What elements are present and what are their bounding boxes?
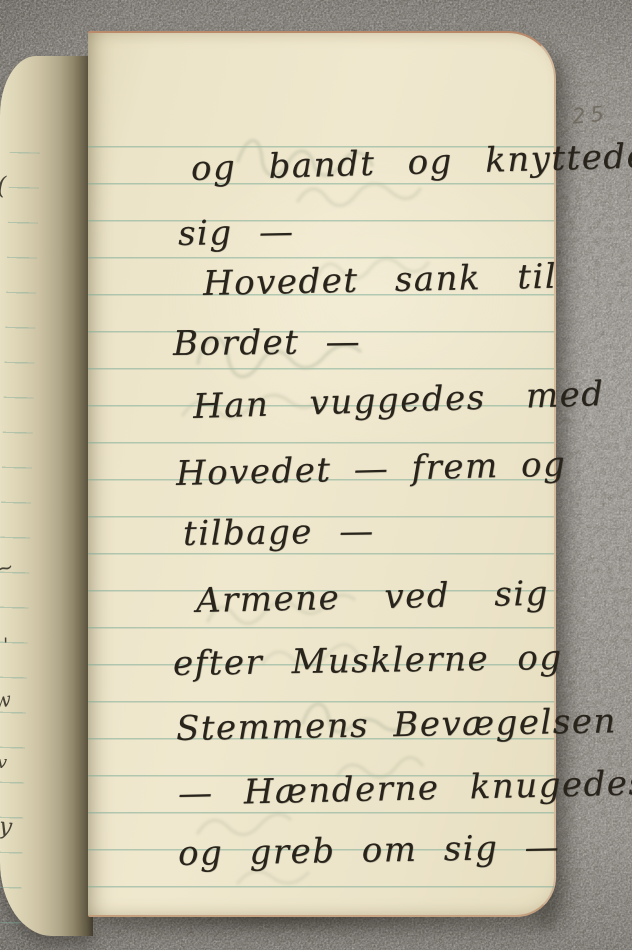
page-edge-stack [0,56,93,936]
stray-ink-mark: ' [3,634,8,656]
notebook-page: 25 og bandt og knyttede sig — Hovedet sa… [88,31,556,917]
handwriting-line: tilbage — [183,511,375,554]
stray-ink-mark: ( [0,172,6,200]
handwriting-line: og greb om sig — [178,827,561,874]
stray-ink-mark: v [0,752,7,773]
handwriting-line: sig — [178,212,295,254]
photo-of-notebook: ( ~ ' w v y 25 og bandt og knyttede sig … [0,0,632,950]
handwriting-line: Hovedet sank til [203,257,558,304]
handwriting-line: Bordet — [173,322,361,364]
page-number: 25 [571,101,610,129]
handwriting-line: Stemmens Bevægelsen [176,701,617,749]
handwriting-line: Armene ved sig [196,574,550,621]
handwriting-line: efter Musklerne og [173,638,563,684]
